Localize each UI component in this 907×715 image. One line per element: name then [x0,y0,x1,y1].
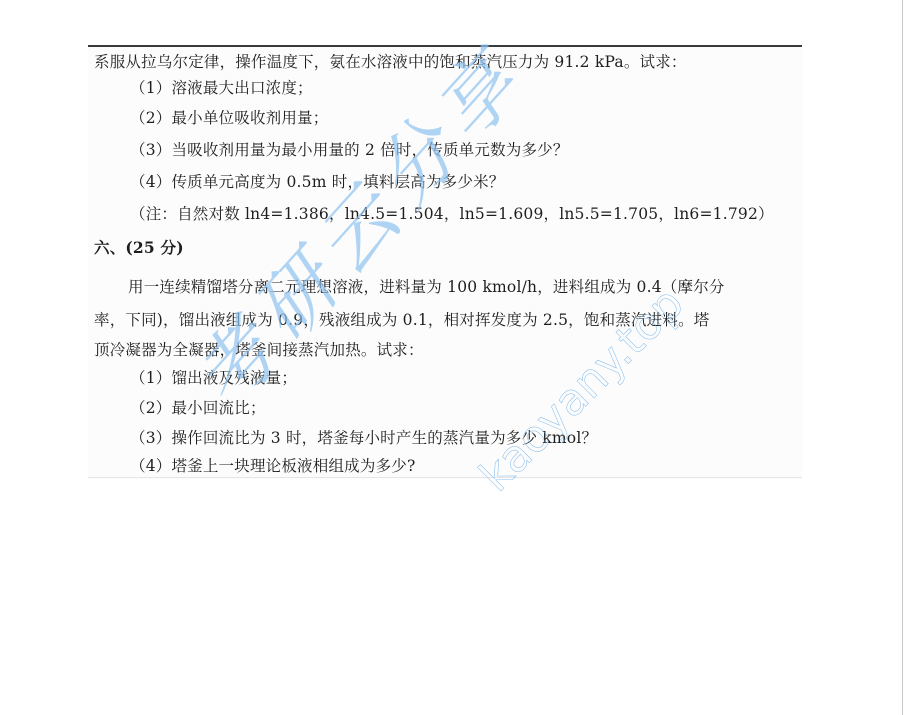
question-6-4: （4）塔釜上一块理论板液相组成为多少? [130,456,415,476]
question-6-2: （2）最小回流比； [130,398,266,418]
question-5-1: （1）溶液最大出口浓度； [130,78,313,98]
question-5-2: （2）最小单位吸收剂用量； [130,108,328,128]
question-6-3: （3）操作回流比为 3 时，塔釜每小时产生的蒸汽量为多少 kmol？ [130,428,597,448]
question-5-3: （3）当吸收剂用量为最小用量的 2 倍时，传质单元数为多少？ [130,140,569,160]
section-6-heading: 六、(25 分) [94,238,184,258]
question-5-4: （4）传质单元高度为 0.5m 时，填料层高为多少米？ [130,172,504,192]
section-6-paragraph-line-3: 顶冷凝器为全凝器，塔釜间接蒸汽加热。试求： [94,340,424,360]
top-rule-divider [88,45,802,47]
question-6-1: （1）馏出液及残液量； [130,368,297,388]
continuation-line: 系服从拉乌尔定律，操作温度下，氨在水溶液中的饱和蒸汽压力为 91.2 kPa。试… [94,52,687,72]
section-6-paragraph-line-1: 用一连续精馏塔分离二元理想溶液，进料量为 100 kmol/h，进料组成为 0.… [128,277,725,297]
page-edge [902,0,903,715]
section-6-paragraph-line-2: 率，下同)，馏出液组成为 0.9，残液组成为 0.1，相对挥发度为 2.5，饱和… [94,310,709,330]
section-5-note: （注：自然对数 ln4=1.386，ln4.5=1.504，ln5=1.609，… [130,204,774,224]
bottom-rule-divider [88,477,802,478]
